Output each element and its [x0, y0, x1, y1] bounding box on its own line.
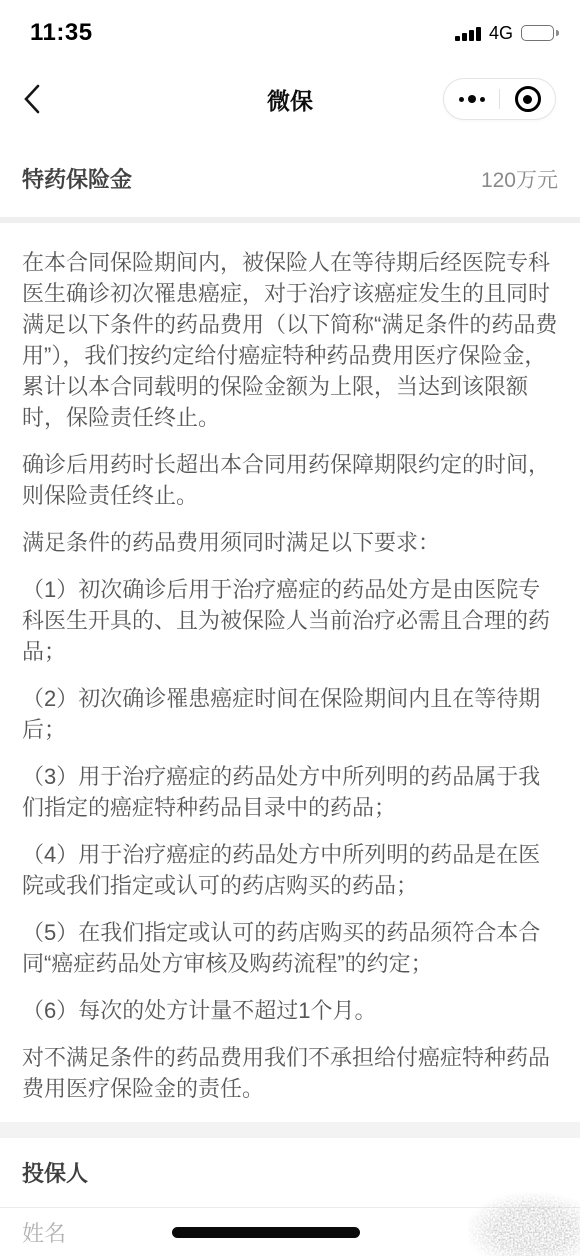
redacted-name-value: [172, 1227, 360, 1238]
clause-list-item: （2）初次确诊罹患癌症时间在保险期间内且在等待期后；: [22, 683, 558, 745]
clause-paragraph: 满足条件的药品费用须同时满足以下要求：: [22, 527, 558, 558]
exit-miniprogram-button[interactable]: [500, 79, 555, 119]
more-dots-icon: [459, 95, 485, 103]
clause-text-body: 在本合同保险期间内，被保险人在等待期后经医院专科医生确诊初次罹患癌症，对于治疗该…: [0, 223, 580, 1122]
name-field-label: 姓名: [22, 1217, 66, 1248]
benefit-header-row: 特药保险金 120万元: [0, 140, 580, 217]
status-indicators: 4G: [455, 23, 554, 44]
clause-list-item: （3）用于治疗癌症的药品处方中所列明的药品属于我们指定的癌症特种药品目录中的药品…: [22, 761, 558, 823]
clause-list-item: （6）每次的处方计量不超过1个月。: [22, 995, 558, 1026]
clause-list-item: （4）用于治疗癌症的药品处方中所列明的药品是在医院或我们指定或认可的药店购买的药…: [22, 839, 558, 901]
clock: 11:35: [30, 19, 93, 47]
back-button[interactable]: [22, 81, 52, 117]
battery-icon: [521, 25, 554, 41]
section-gap-band: [0, 1122, 580, 1138]
wesure-mini-program-page: { "status_bar": { "time": "11:35", "netw…: [0, 0, 580, 1256]
nav-bar: 微保: [0, 58, 580, 140]
benefit-amount-value: 120万元: [481, 164, 558, 194]
clause-paragraph: 确诊后用药时长超出本合同用药保障期限约定的时间，则保险责任终止。: [22, 449, 558, 511]
clause-list-item: （1）初次确诊后用于治疗癌症的药品处方是由医院专科医生开具的、且为被保险人当前治…: [22, 574, 558, 667]
clause-paragraph: 对不满足条件的药品费用我们不承担给付癌症特种药品费用医疗保险金的责任。: [22, 1042, 558, 1104]
cellular-signal-icon: [455, 26, 481, 41]
network-type-label: 4G: [489, 23, 513, 44]
status-bar: 11:35 4G: [0, 0, 580, 58]
benefit-name-label: 特药保险金: [22, 163, 132, 194]
clause-list-item: （5）在我们指定或认可的药店购买的药品须符合本合同“癌症药品处方审核及购药流程”…: [22, 917, 558, 979]
miniprogram-capsule: [443, 78, 556, 120]
clause-paragraph: 在本合同保险期间内，被保险人在等待期后经医院专科医生确诊初次罹患癌症，对于治疗该…: [22, 247, 558, 433]
close-circle-icon: [515, 86, 541, 112]
chevron-left-icon: [22, 83, 42, 115]
scribble-smudge: [468, 1192, 580, 1256]
more-options-button[interactable]: [444, 79, 499, 119]
